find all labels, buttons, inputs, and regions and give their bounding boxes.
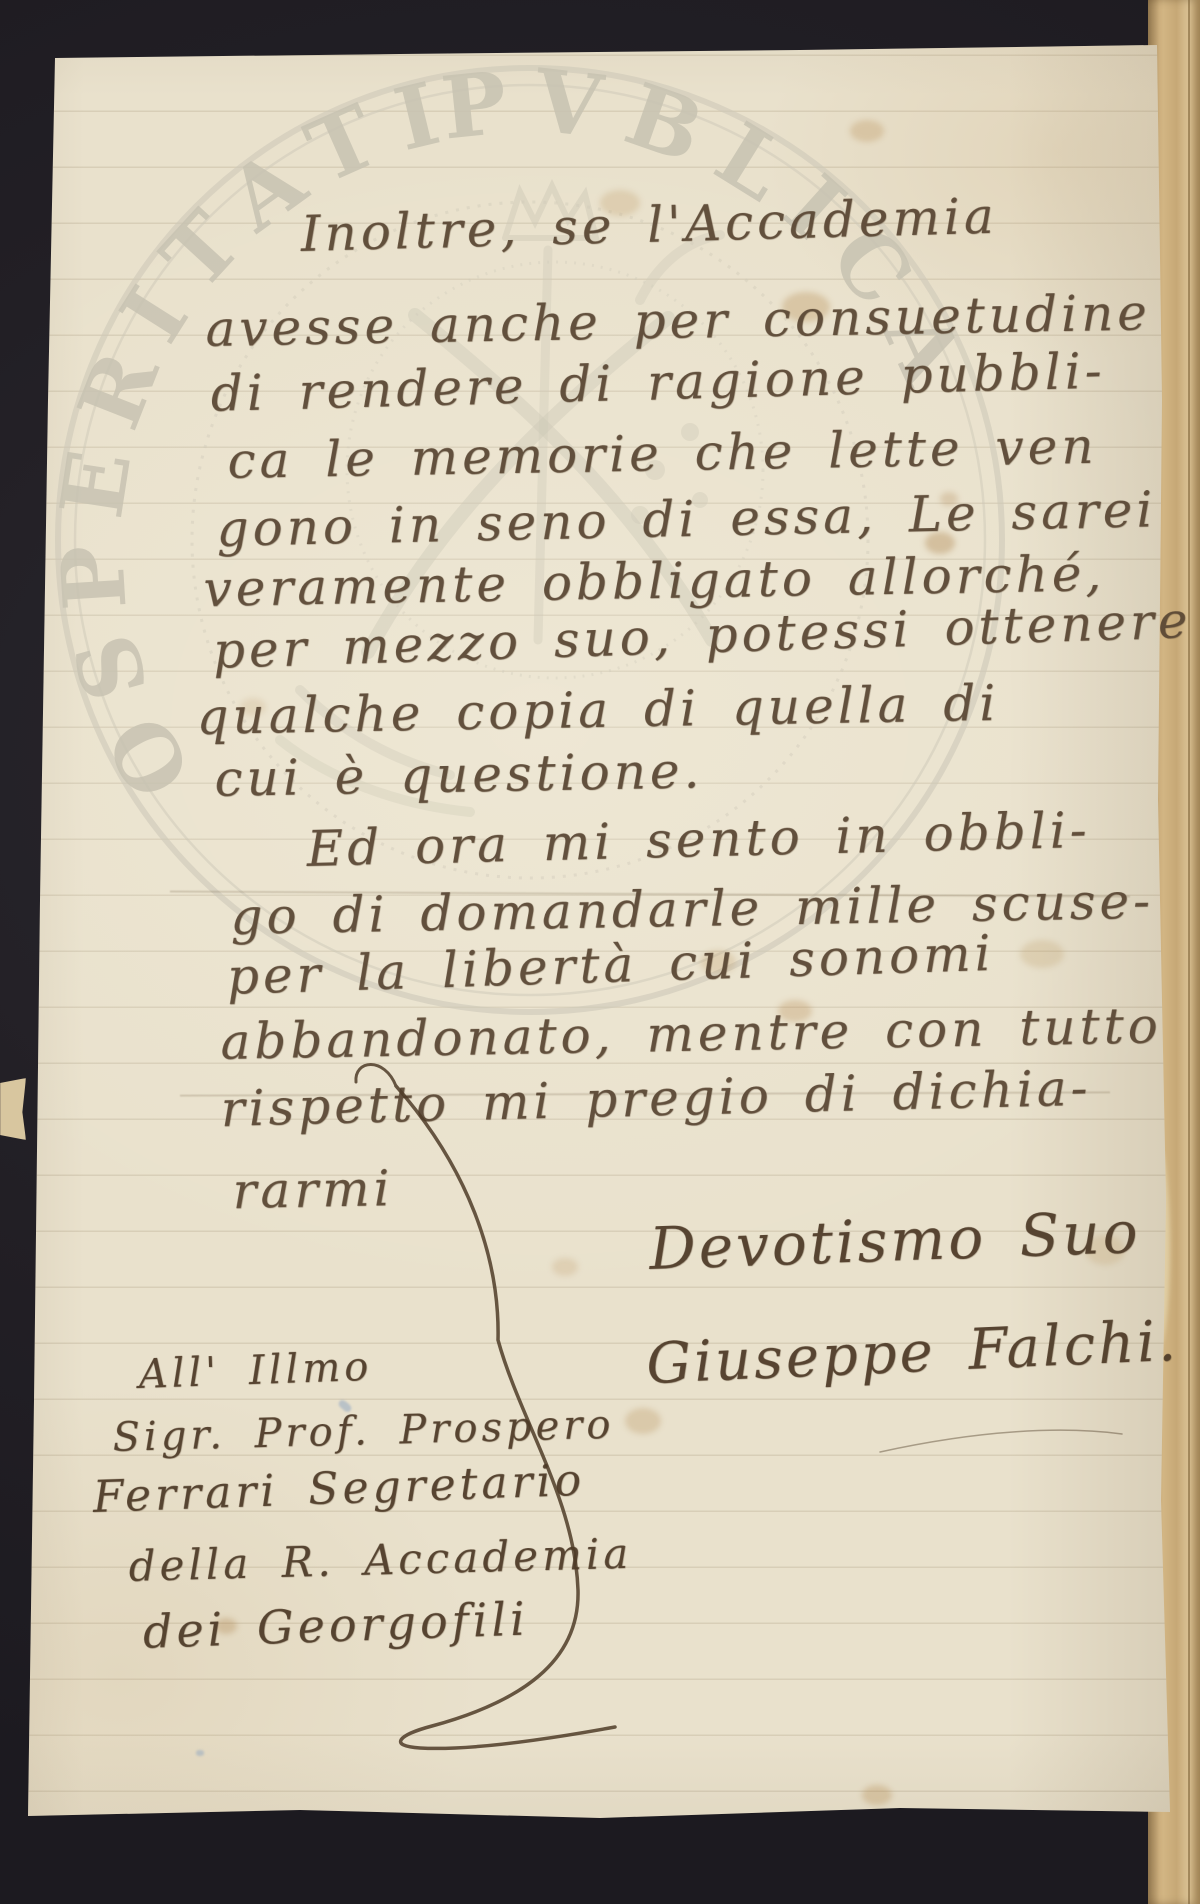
foxing-stain (625, 1408, 661, 1434)
foxing-stain (862, 1785, 892, 1805)
scanned-letter-photo: OSPERITATI PVBLICA Inoltre, se l'Accadem… (0, 0, 1200, 1904)
foxing-stain (1020, 940, 1064, 968)
letter-line: cui è questione. (214, 741, 704, 808)
page-seam-line (1188, 0, 1190, 1904)
foxing-stain (850, 120, 884, 142)
left-edge-paper-fragment (0, 1078, 26, 1140)
foxing-stain (552, 1258, 578, 1276)
letter-line: rarmi (232, 1159, 394, 1220)
blue-ink-speck (196, 1750, 204, 1756)
address-line: All' Illmo (138, 1344, 373, 1398)
